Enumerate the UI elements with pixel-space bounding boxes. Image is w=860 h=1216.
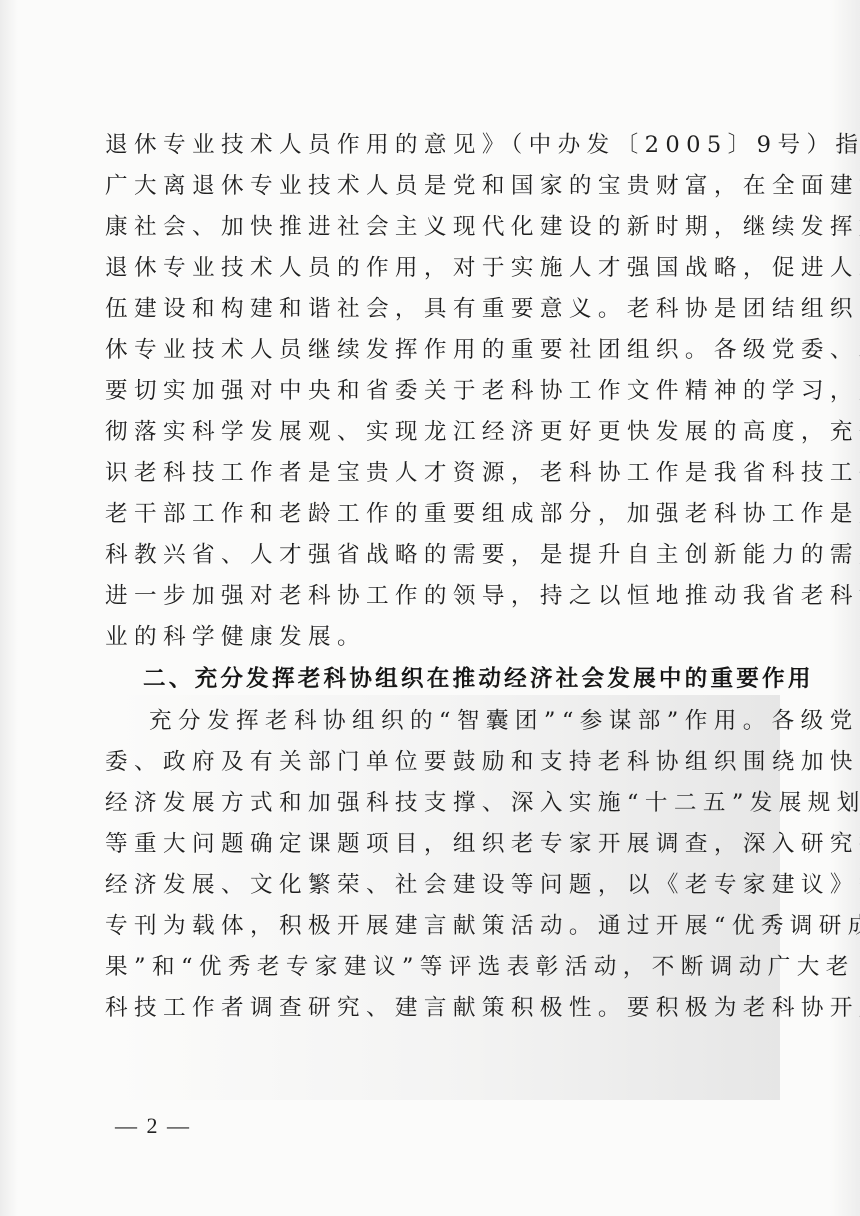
paragraph-2: 充分发挥老科协组织的“智囊团”“参谋部”作用。各级党 委、政府及有关部门单位要鼓…	[105, 701, 777, 1029]
text-line: 进一步加强对老科协工作的领导，持之以恒地推动我省老科协事	[105, 576, 777, 617]
text-line: 伍建设和构建和谐社会，具有重要意义。老科协是团结组织离退	[105, 289, 777, 330]
text-line: 委、政府及有关部门单位要鼓励和支持老科协组织围绕加快转变	[105, 742, 777, 783]
text-line: 要切实加强对中央和省委关于老科协工作文件精神的学习，从贯	[105, 371, 777, 412]
text-line: 康社会、加快推进社会主义现代化建设的新时期，继续发挥好离	[105, 207, 777, 248]
text-line: 果”和“优秀老专家建议”等评选表彰活动，不断调动广大老	[105, 947, 777, 988]
scan-edge-shadow-left	[0, 0, 18, 1216]
text-line: 退休专业技术人员的作用，对于实施人才强国战略，促进人才队	[105, 248, 777, 289]
text-line: 科教兴省、人才强省战略的需要，是提升自主创新能力的需要，	[105, 535, 777, 576]
section-heading: 二、充分发挥老科协组织在推动经济社会发展中的重要作用	[105, 658, 777, 701]
document-page: 退休专业技术人员作用的意见》（中办发〔2005〕9号）指出， 广大离退休专业技术…	[105, 125, 777, 1029]
text-line: 充分发挥老科协组织的“智囊团”“参谋部”作用。各级党	[105, 701, 777, 742]
text-line: 等重大问题确定课题项目，组织老专家开展调查，深入研究推动	[105, 824, 777, 865]
page-number: — 2 —	[115, 1113, 191, 1139]
text-line: 识老科技工作者是宝贵人才资源，老科协工作是我省科技工作、	[105, 453, 777, 494]
text-line: 退休专业技术人员作用的意见》（中办发〔2005〕9号）指出，	[105, 125, 777, 166]
text-line: 专刊为载体，积极开展建言献策活动。通过开展“优秀调研成	[105, 906, 777, 947]
text-line: 业的科学健康发展。	[105, 617, 777, 658]
text-line: 广大离退休专业技术人员是党和国家的宝贵财富，在全面建设小	[105, 166, 777, 207]
text-line: 彻落实科学发展观、实现龙江经济更好更快发展的高度，充分认	[105, 412, 777, 453]
text-line: 科技工作者调查研究、建言献策积极性。要积极为老科协开展调	[105, 988, 777, 1029]
text-line: 休专业技术人员继续发挥作用的重要社团组织。各级党委、政府	[105, 330, 777, 371]
text-line: 经济发展、文化繁荣、社会建设等问题，以《老专家建议》等	[105, 865, 777, 906]
paragraph-1: 退休专业技术人员作用的意见》（中办发〔2005〕9号）指出， 广大离退休专业技术…	[105, 125, 777, 658]
text-line: 经济发展方式和加强科技支撑、深入实施“十二五”发展规划	[105, 783, 777, 824]
text-line: 老干部工作和老龄工作的重要组成部分，加强老科协工作是实施	[105, 494, 777, 535]
